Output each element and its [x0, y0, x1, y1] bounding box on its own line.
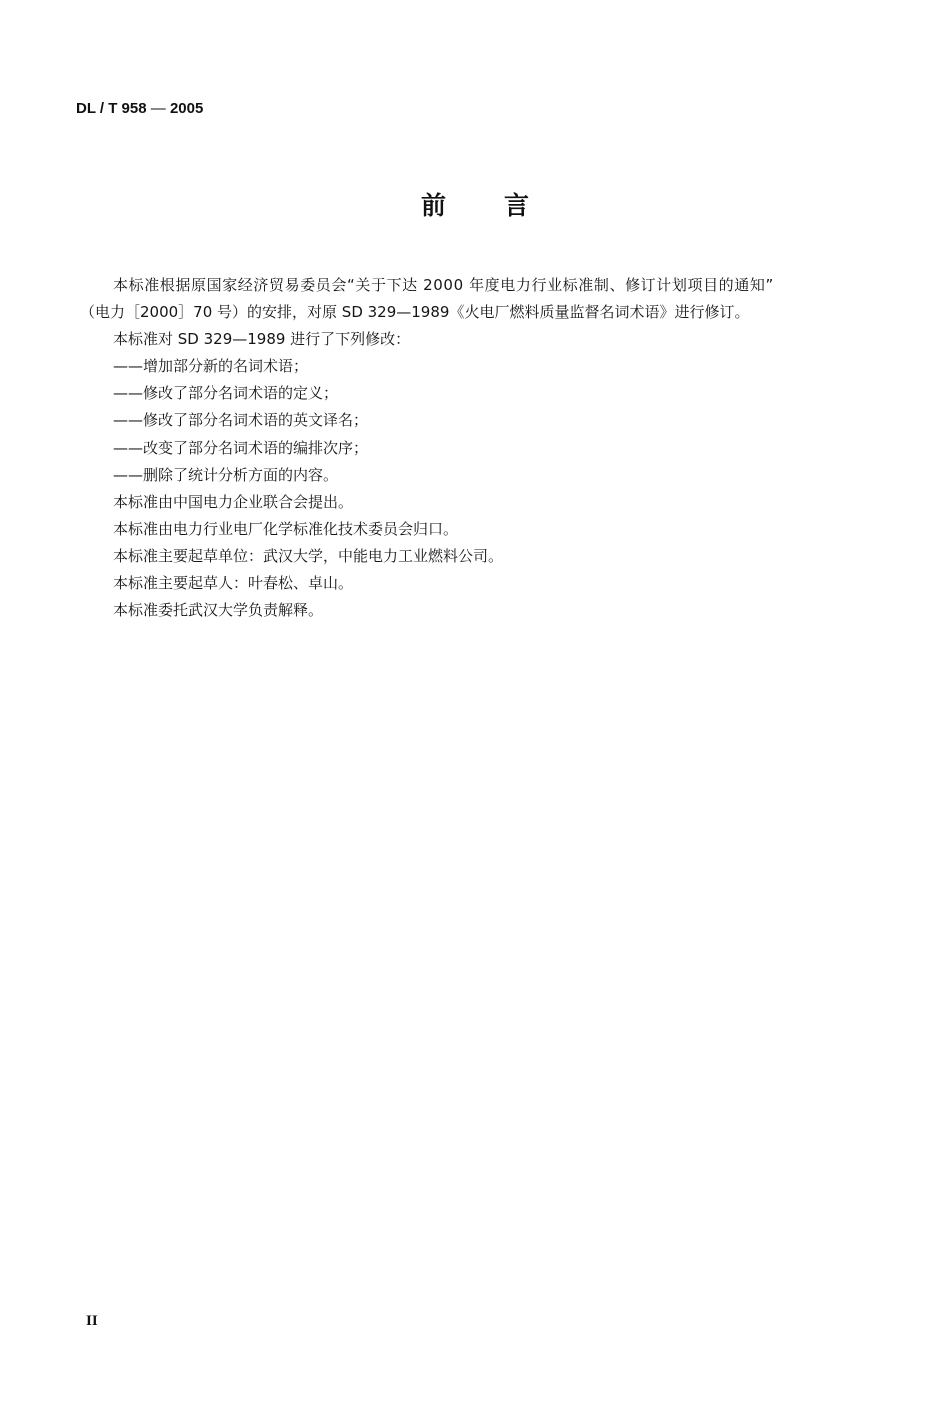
code-dash: —	[147, 100, 170, 117]
list-item: ——删除了统计分析方面的内容。	[80, 462, 910, 489]
paragraph-line: 本标准委托武汉大学负责解释。	[80, 597, 910, 624]
title-char-2: 言	[504, 186, 529, 222]
paragraph-line: 本标准对 SD 329—1989 进行了下列修改：	[80, 326, 910, 353]
paragraph-line: 本标准由中国电力企业联合会提出。	[80, 489, 910, 516]
page-title: 前言	[0, 186, 950, 222]
list-item: ——增加部分新的名词术语；	[80, 353, 910, 380]
list-item: ——改变了部分名词术语的编排次序；	[80, 435, 910, 462]
list-item: ——修改了部分名词术语的定义；	[80, 380, 910, 407]
paragraph-line: 本标准主要起草单位：武汉大学，中能电力工业燃料公司。	[80, 543, 910, 570]
paragraph-line: 本标准主要起草人：叶春松、卓山。	[80, 570, 910, 597]
title-char-1: 前	[421, 186, 446, 222]
page-number: II	[86, 1313, 98, 1330]
standard-year: 2005	[170, 100, 203, 117]
document-code: DL / T 958 — 2005	[76, 100, 203, 117]
paragraph-line: （电力［2000］70 号）的安排，对原 SD 329—1989《火电厂燃料质量…	[80, 299, 910, 326]
paragraph-line: 本标准由电力行业电厂化学标准化技术委员会归口。	[80, 516, 910, 543]
paragraph-line: 本标准根据原国家经济贸易委员会“关于下达 2000 年度电力行业标准制、修订计划…	[80, 272, 910, 299]
document-page: DL / T 958 — 2005 前言 本标准根据原国家经济贸易委员会“关于下…	[0, 0, 950, 1410]
list-item: ——修改了部分名词术语的英文译名；	[80, 407, 910, 434]
foreword-body: 本标准根据原国家经济贸易委员会“关于下达 2000 年度电力行业标准制、修订计划…	[80, 272, 910, 624]
standard-number: DL / T 958	[76, 100, 147, 117]
